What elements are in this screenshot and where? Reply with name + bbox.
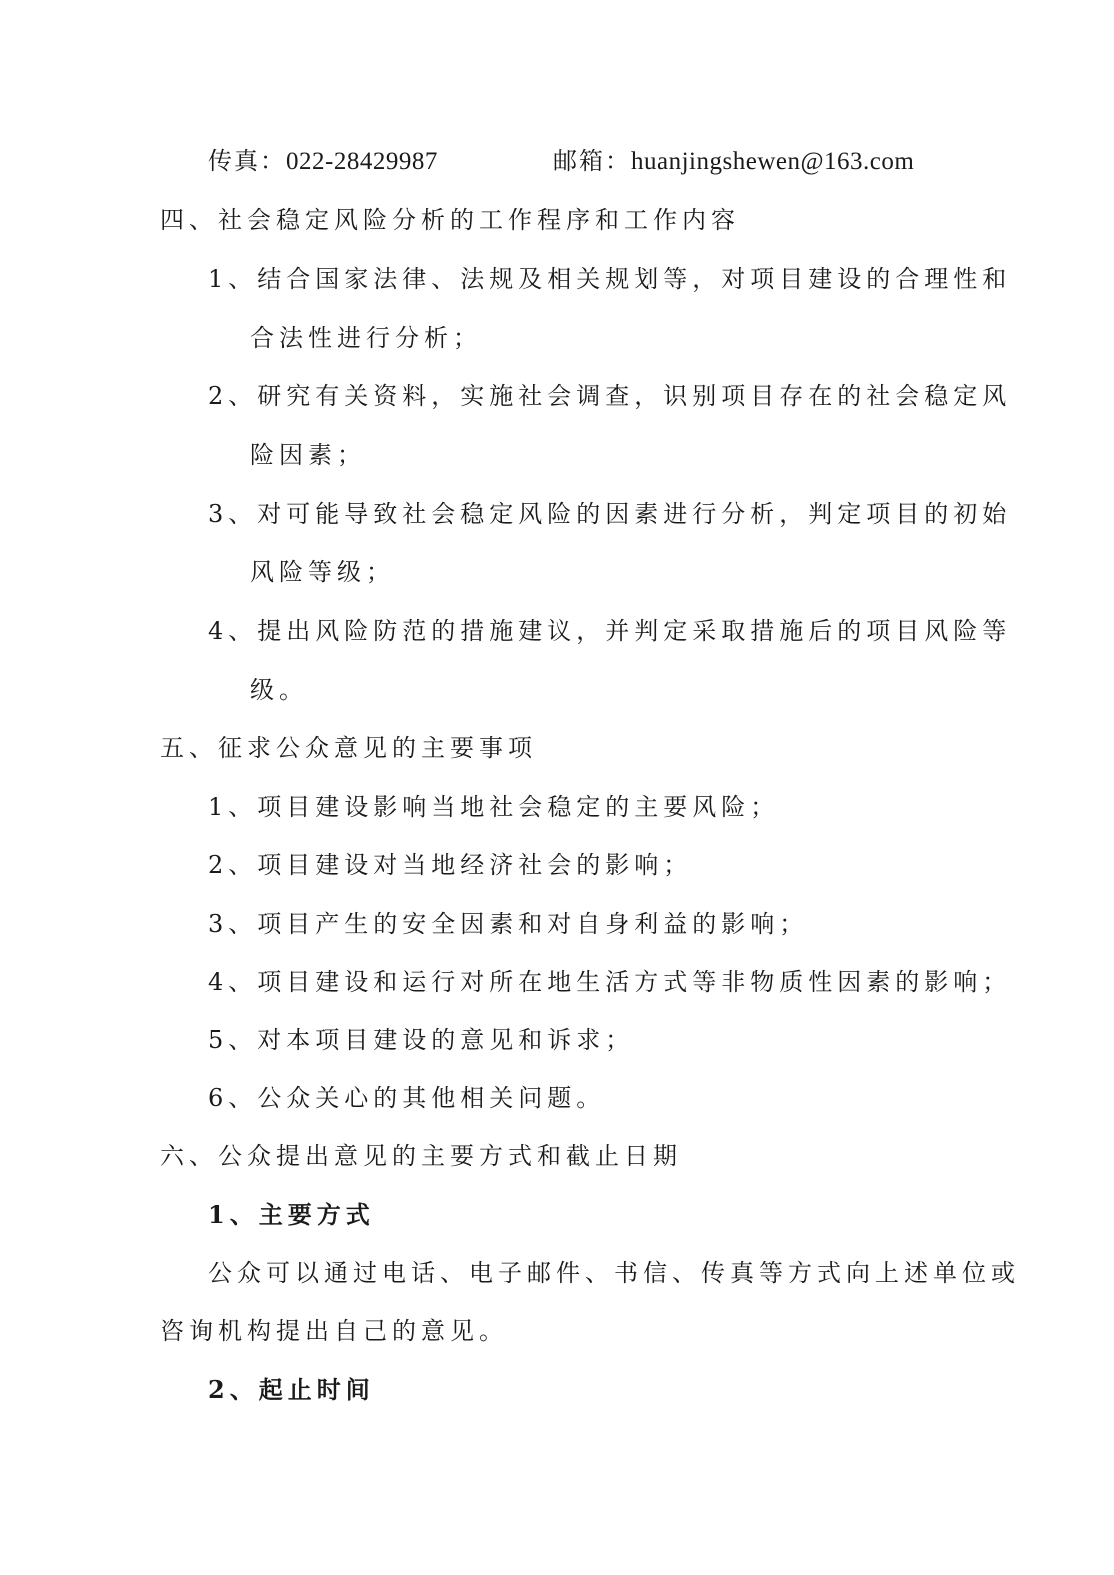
section-4-item-1-cont: 合法性进行分析； <box>250 323 482 353</box>
section-5-item-4: 4、项目建设和运行对所在地生活方式等非物质性因素的影响； <box>208 967 1011 997</box>
section-4-heading: 四、社会稳定风险分析的工作程序和工作内容 <box>160 205 740 235</box>
section-6-paragraph: 公众可以通过电话、电子邮件、书信、传真等方式向上述单位或 <box>208 1258 1020 1288</box>
section-4-item-4: 4、提出风险防范的措施建议，并判定采取措施后的项目风险等 <box>208 616 1011 646</box>
section-5-item-1: 1、项目建设影响当地社会稳定的主要风险； <box>208 792 779 822</box>
section-4-item-1: 1、结合国家法律、法规及相关规划等，对项目建设的合理性和 <box>208 264 1011 294</box>
section-6-paragraph-cont: 咨询机构提出自己的意见。 <box>160 1316 508 1346</box>
fax-line: 传真：022-28429987 <box>208 146 438 177</box>
section-4-item-2-cont: 险因素； <box>250 440 366 470</box>
section-4-item-4-cont: 级。 <box>250 675 308 705</box>
section-5-item-5: 5、对本项目建设的意见和诉求； <box>208 1025 634 1055</box>
email-address: huanjingshewen@163.com <box>631 148 914 175</box>
section-4-item-3-cont: 风险等级； <box>250 557 395 587</box>
section-5-item-3: 3、项目产生的安全因素和对自身利益的影响； <box>208 909 808 939</box>
section-5-heading: 五、征求公众意见的主要事项 <box>160 733 537 763</box>
section-4-item-2: 2、研究有关资料，实施社会调查，识别项目存在的社会稳定风 <box>208 381 1011 411</box>
email-line: 邮箱：huanjingshewen@163.com <box>553 146 914 177</box>
section-6-heading: 六、公众提出意见的主要方式和截止日期 <box>160 1141 682 1171</box>
document-page: 传真：022-28429987 邮箱：huanjingshewen@163.co… <box>0 0 1114 1575</box>
section-5-item-2: 2、项目建设对当地经济社会的影响； <box>208 850 692 880</box>
section-5-item-6: 6、公众关心的其他相关问题。 <box>208 1083 605 1113</box>
section-4-item-3: 3、对可能导致社会稳定风险的因素进行分析，判定项目的初始 <box>208 499 1011 529</box>
fax-label: 传真： <box>208 147 286 175</box>
email-label: 邮箱： <box>553 147 631 175</box>
fax-number: 022-28429987 <box>286 148 438 175</box>
section-6-subheading-methods: 1、主要方式 <box>208 1200 375 1230</box>
section-6-subheading-period: 2、起止时间 <box>208 1375 375 1405</box>
